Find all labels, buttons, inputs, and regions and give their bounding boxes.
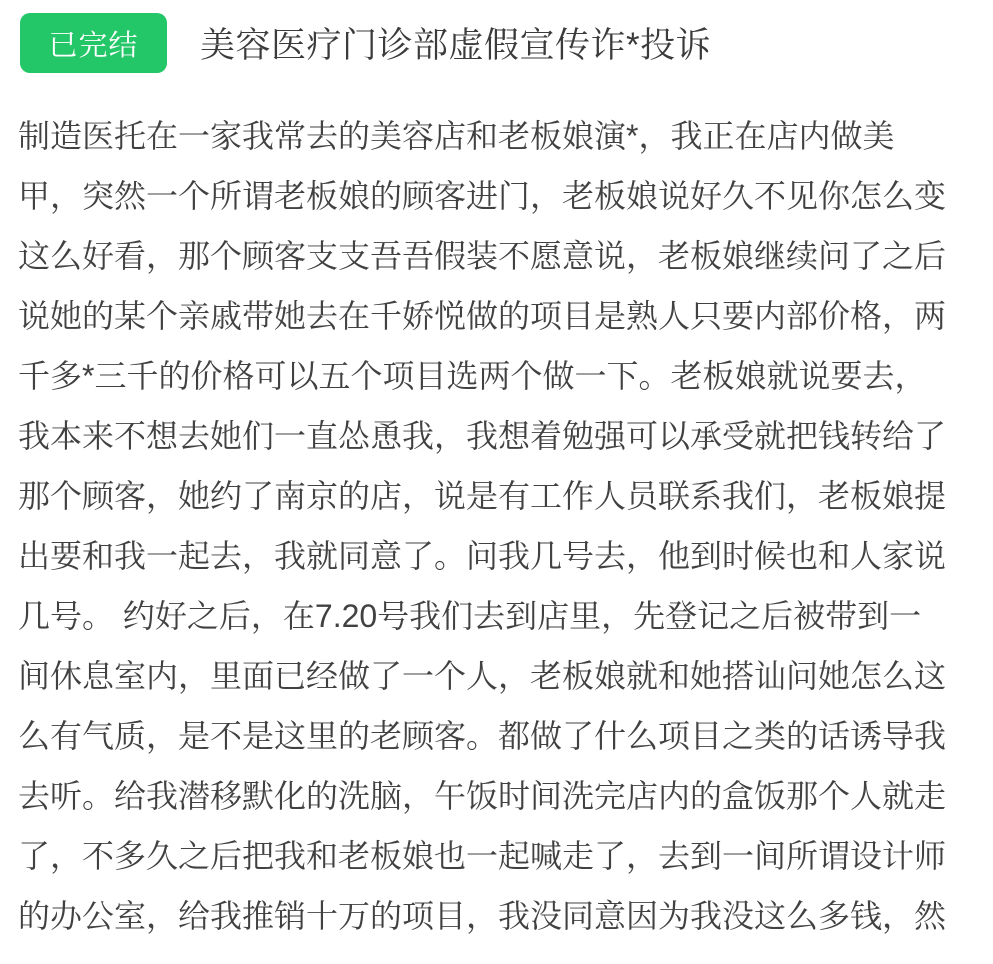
complaint-text-line: 了，不多久之后把我和老板娘也一起喊走了，去到一间所谓设计师 bbox=[18, 826, 980, 886]
complaint-body: 制造医托在一家我常去的美容店和老板娘演*，我正在店内做美 甲，突然一个所谓老板娘… bbox=[18, 106, 980, 946]
complaint-text-line: 我本来不想去她们一直怂恿我，我想着勉强可以承受就把钱转给了 bbox=[18, 406, 980, 466]
complaint-text-line: 么有气质，是不是这里的老顾客。都做了什么项目之类的话诱导我 bbox=[18, 706, 980, 766]
complaint-text-line: 出要和我一起去，我就同意了。问我几号去，他到时候也和人家说 bbox=[18, 526, 980, 586]
complaint-text-line: 间休息室内，里面已经做了一个人，老板娘就和她搭讪问她怎么这 bbox=[18, 646, 980, 706]
complaint-text-line: 这么好看，那个顾客支支吾吾假装不愿意说，老板娘继续问了之后 bbox=[18, 226, 980, 286]
complaint-text-line: 甲，突然一个所谓老板娘的顾客进门，老板娘说好久不见你怎么变 bbox=[18, 166, 980, 226]
complaint-text-line: 那个顾客，她约了南京的店，说是有工作人员联系我们，老板娘提 bbox=[18, 466, 980, 526]
complaint-text-line: 制造医托在一家我常去的美容店和老板娘演*，我正在店内做美 bbox=[18, 106, 980, 166]
header: 已完结 美容医疗门诊部虚假宣传诈*投诉 bbox=[20, 13, 711, 73]
complaint-text-line: 去听。给我潜移默化的洗脑，午饭时间洗完店内的盒饭那个人就走 bbox=[18, 766, 980, 826]
complaint-text-line: 千多*三千的价格可以五个项目选两个做一下。老板娘就说要去， bbox=[18, 346, 980, 406]
status-badge: 已完结 bbox=[20, 13, 167, 73]
complaint-text-line: 几号。 约好之后，在7.20号我们去到店里，先登记之后被带到一 bbox=[18, 586, 980, 646]
complaint-detail-page: 已完结 美容医疗门诊部虚假宣传诈*投诉 制造医托在一家我常去的美容店和老板娘演*… bbox=[0, 0, 993, 964]
complaint-text-line: 说她的某个亲戚带她去在千娇悦做的项目是熟人只要内部价格，两 bbox=[18, 286, 980, 346]
page-title: 美容医疗门诊部虚假宣传诈*投诉 bbox=[200, 18, 711, 68]
complaint-text-line: 的办公室，给我推销十万的项目，我没同意因为我没这么多钱，然 bbox=[18, 886, 980, 946]
